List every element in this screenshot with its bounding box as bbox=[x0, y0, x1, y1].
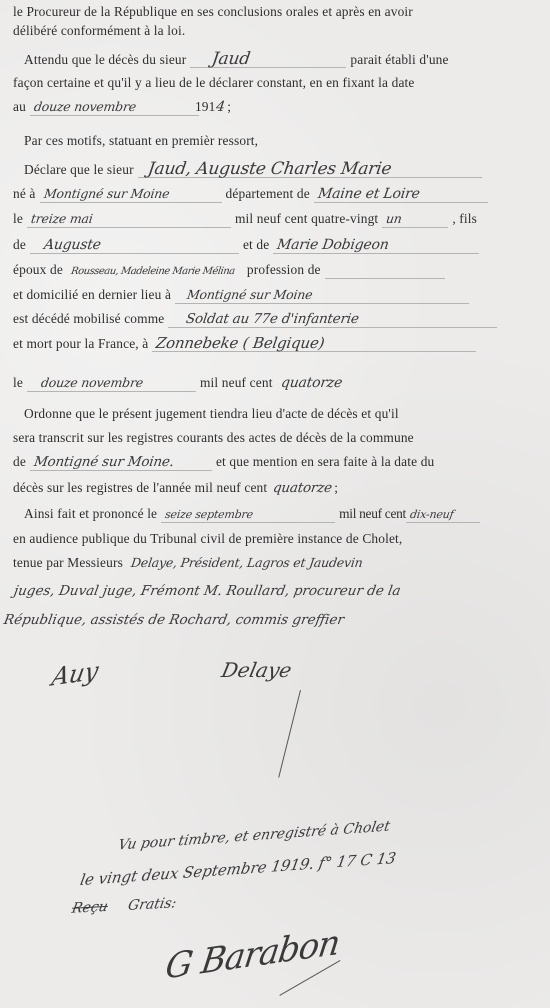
text-line: le Procureur de la République en ses con… bbox=[13, 2, 550, 22]
signature-flourish bbox=[278, 690, 301, 778]
handwritten-department: Maine et Loire bbox=[317, 186, 421, 202]
mother-field: Marie Dobigeon bbox=[273, 237, 479, 254]
printed-text: le Procureur de la République en ses con… bbox=[13, 2, 413, 22]
signature-left: Auy bbox=[50, 656, 101, 691]
struck-received-text: Reçu bbox=[70, 899, 109, 917]
printed-text: Déclare que le sieur bbox=[24, 160, 134, 180]
handwritten-residence: Montigné sur Moine bbox=[186, 287, 314, 303]
printed-text: et que mention en sera faite à la date d… bbox=[216, 452, 434, 472]
handwritten-death-year: quatorze bbox=[279, 375, 342, 391]
printed-text: de bbox=[13, 452, 26, 472]
commune-field: Montigné sur Moine. bbox=[30, 454, 212, 471]
text-line: et mort pour la France, à Zonnebeke ( Be… bbox=[13, 334, 550, 354]
printed-text: Par ces motifs, statuant en premièr ress… bbox=[24, 131, 258, 151]
text-line: façon certaine et qu'il y a lieu de le d… bbox=[13, 73, 550, 93]
handwritten-judgment-year: dix-neuf bbox=[409, 507, 455, 523]
printed-text: et mort pour la France, à bbox=[13, 334, 148, 354]
printed-text: le bbox=[13, 209, 23, 229]
spouse-field: Rousseau, Madeleine Marie Mélina bbox=[67, 262, 243, 278]
text-line: le treize mai mil neuf cent quatre-vingt… bbox=[13, 209, 550, 229]
text-line: époux de Rousseau, Madeleine Marie Mélin… bbox=[13, 260, 550, 280]
printed-text: délibéré conformément à la loi. bbox=[13, 21, 185, 41]
handwritten-year-digit: 4 bbox=[214, 97, 226, 117]
residence-field: Montigné sur Moine bbox=[175, 287, 469, 304]
printed-text: tenue par Messieurs bbox=[13, 553, 123, 573]
document-page: le Procureur de la République en ses con… bbox=[0, 0, 550, 1008]
handwritten-military-role: Soldat au 77e d'infanterie bbox=[185, 311, 360, 327]
judges-field: Delaye, Président, Lagros et Jaudevin bbox=[127, 555, 501, 571]
printed-text: époux de bbox=[13, 260, 63, 280]
handwritten-birth-day: treize mai bbox=[30, 211, 94, 227]
text-line: Par ces motifs, statuant en premièr ress… bbox=[24, 131, 550, 151]
birth-year-field: un bbox=[382, 211, 448, 228]
printed-text: ; bbox=[227, 97, 231, 117]
birth-day-field: treize mai bbox=[27, 211, 231, 228]
text-line: Ordonne que le présent jugement tiendra … bbox=[24, 404, 550, 424]
printed-text: décès sur les registres de l'année mil n… bbox=[13, 478, 267, 498]
printed-text: de bbox=[13, 235, 26, 255]
text-line: le douze novembre mil neuf cent quatorze bbox=[13, 373, 550, 393]
printed-text: parait établi d'une bbox=[350, 50, 448, 70]
printed-text: Attendu que le décès du sieur bbox=[24, 50, 186, 70]
printed-text: né à bbox=[13, 184, 36, 204]
handwritten-birthplace: Montigné sur Moine bbox=[42, 186, 170, 202]
printed-text: Ainsi fait et prononcé le bbox=[24, 504, 157, 524]
handwritten-judges-line-2: juges, Duval juge, Frémont M. Roullard, … bbox=[13, 583, 402, 599]
handwritten-death-day: douze novembre bbox=[40, 375, 144, 391]
handwritten-commune: Montigné sur Moine. bbox=[33, 454, 175, 470]
profession-field bbox=[325, 262, 445, 279]
handwritten-surname: Jaud bbox=[211, 51, 251, 67]
handwritten-death-place: Zonnebeke ( Belgique) bbox=[155, 335, 326, 351]
text-line: né à Montigné sur Moine département de M… bbox=[13, 184, 550, 204]
death-date-field: douze novembre bbox=[30, 99, 199, 116]
death-year-field: quatorze bbox=[277, 375, 461, 391]
printed-text: au bbox=[13, 97, 26, 117]
text-line: de Montigné sur Moine. et que mention en… bbox=[13, 452, 550, 472]
handwritten-register-year: quatorze bbox=[272, 478, 334, 498]
full-name-field: Jaud, Auguste Charles Marie bbox=[138, 161, 482, 178]
military-role-field: Soldat au 77e d'infanterie bbox=[168, 311, 497, 328]
text-line: en audience publique du Tribunal civil d… bbox=[13, 529, 550, 549]
printed-text: est décédé mobilisé comme bbox=[13, 309, 164, 329]
printed-text: , fils bbox=[452, 209, 477, 229]
father-field: Auguste bbox=[30, 237, 239, 254]
registrar-signature: G Barabon bbox=[163, 922, 342, 988]
registration-line-1: Vu pour timbre, et enregistré à Cholet bbox=[117, 818, 391, 853]
text-line: Ainsi fait et prononcé le seize septembr… bbox=[24, 504, 550, 524]
printed-text: et domicilié en dernier lieu à bbox=[13, 285, 171, 305]
death-place-field: Zonnebeke ( Belgique) bbox=[152, 335, 476, 352]
death-day-field: douze novembre bbox=[27, 375, 196, 392]
handwritten-judges-line-1: Delaye, Président, Lagros et Jaudevin bbox=[130, 555, 364, 571]
printed-text: sera transcrit sur les registres courant… bbox=[13, 428, 414, 448]
judgment-date-field: seize septembre bbox=[161, 506, 335, 523]
handwritten-spouse: Rousseau, Madeleine Marie Mélina bbox=[70, 264, 236, 280]
printed-text: mil neuf cent bbox=[200, 373, 273, 393]
signature-center: Delaye bbox=[219, 658, 293, 682]
handwritten-birth-year: un bbox=[385, 211, 403, 227]
printed-text: façon certaine et qu'il y a lieu de le d… bbox=[13, 73, 415, 93]
printed-text: mil neuf cent quatre-vingt bbox=[235, 209, 378, 229]
handwritten-father: Auguste bbox=[43, 237, 102, 253]
printed-text: profession de bbox=[247, 260, 321, 280]
printed-text: département de bbox=[226, 184, 310, 204]
handwritten-judges-line-3: République, assistés de Rochard, commis … bbox=[3, 612, 346, 628]
text-line: sera transcrit sur les registres courant… bbox=[13, 428, 550, 448]
text-line: au douze novembre 1914 ; bbox=[13, 97, 550, 117]
printed-text: ; bbox=[334, 478, 338, 498]
text-line: Attendu que le décès du sieur Jaud parai… bbox=[24, 50, 550, 70]
text-line: et domicilié en dernier lieu à Montigné … bbox=[13, 285, 550, 305]
text-line: décès sur les registres de l'année mil n… bbox=[13, 478, 550, 498]
handwritten-mother: Marie Dobigeon bbox=[276, 237, 390, 253]
printed-text: le bbox=[13, 373, 23, 393]
text-line: délibéré conformément à la loi. bbox=[13, 21, 550, 41]
handwritten-death-date: douze novembre bbox=[33, 99, 137, 115]
printed-text: Ordonne que le présent jugement tiendra … bbox=[24, 404, 399, 424]
department-field: Maine et Loire bbox=[314, 186, 488, 203]
text-line: de Auguste et de Marie Dobigeon bbox=[13, 235, 550, 255]
printed-text: mil neuf cent bbox=[339, 504, 406, 524]
surname-field: Jaud bbox=[190, 51, 346, 68]
registration-line-3: Reçu Gratis: bbox=[70, 895, 177, 917]
printed-text: en audience publique du Tribunal civil d… bbox=[13, 529, 402, 549]
judgment-year-field: dix-neuf bbox=[406, 506, 480, 523]
gratis-text: Gratis: bbox=[127, 895, 178, 914]
text-line: est décédé mobilisé comme Soldat au 77e … bbox=[13, 309, 550, 329]
text-line: tenue par Messieurs Delaye, Président, L… bbox=[13, 553, 550, 573]
text-line: Déclare que le sieur Jaud, Auguste Charl… bbox=[24, 160, 550, 180]
registration-line-2: le vingt deux Septembre 1919. f° 17 C 13 bbox=[79, 849, 398, 889]
printed-text: et de bbox=[243, 235, 269, 255]
birthplace-field: Montigné sur Moine bbox=[40, 186, 222, 203]
handwritten-full-name: Jaud, Auguste Charles Marie bbox=[147, 161, 393, 177]
handwritten-judgment-date: seize septembre bbox=[164, 507, 254, 523]
